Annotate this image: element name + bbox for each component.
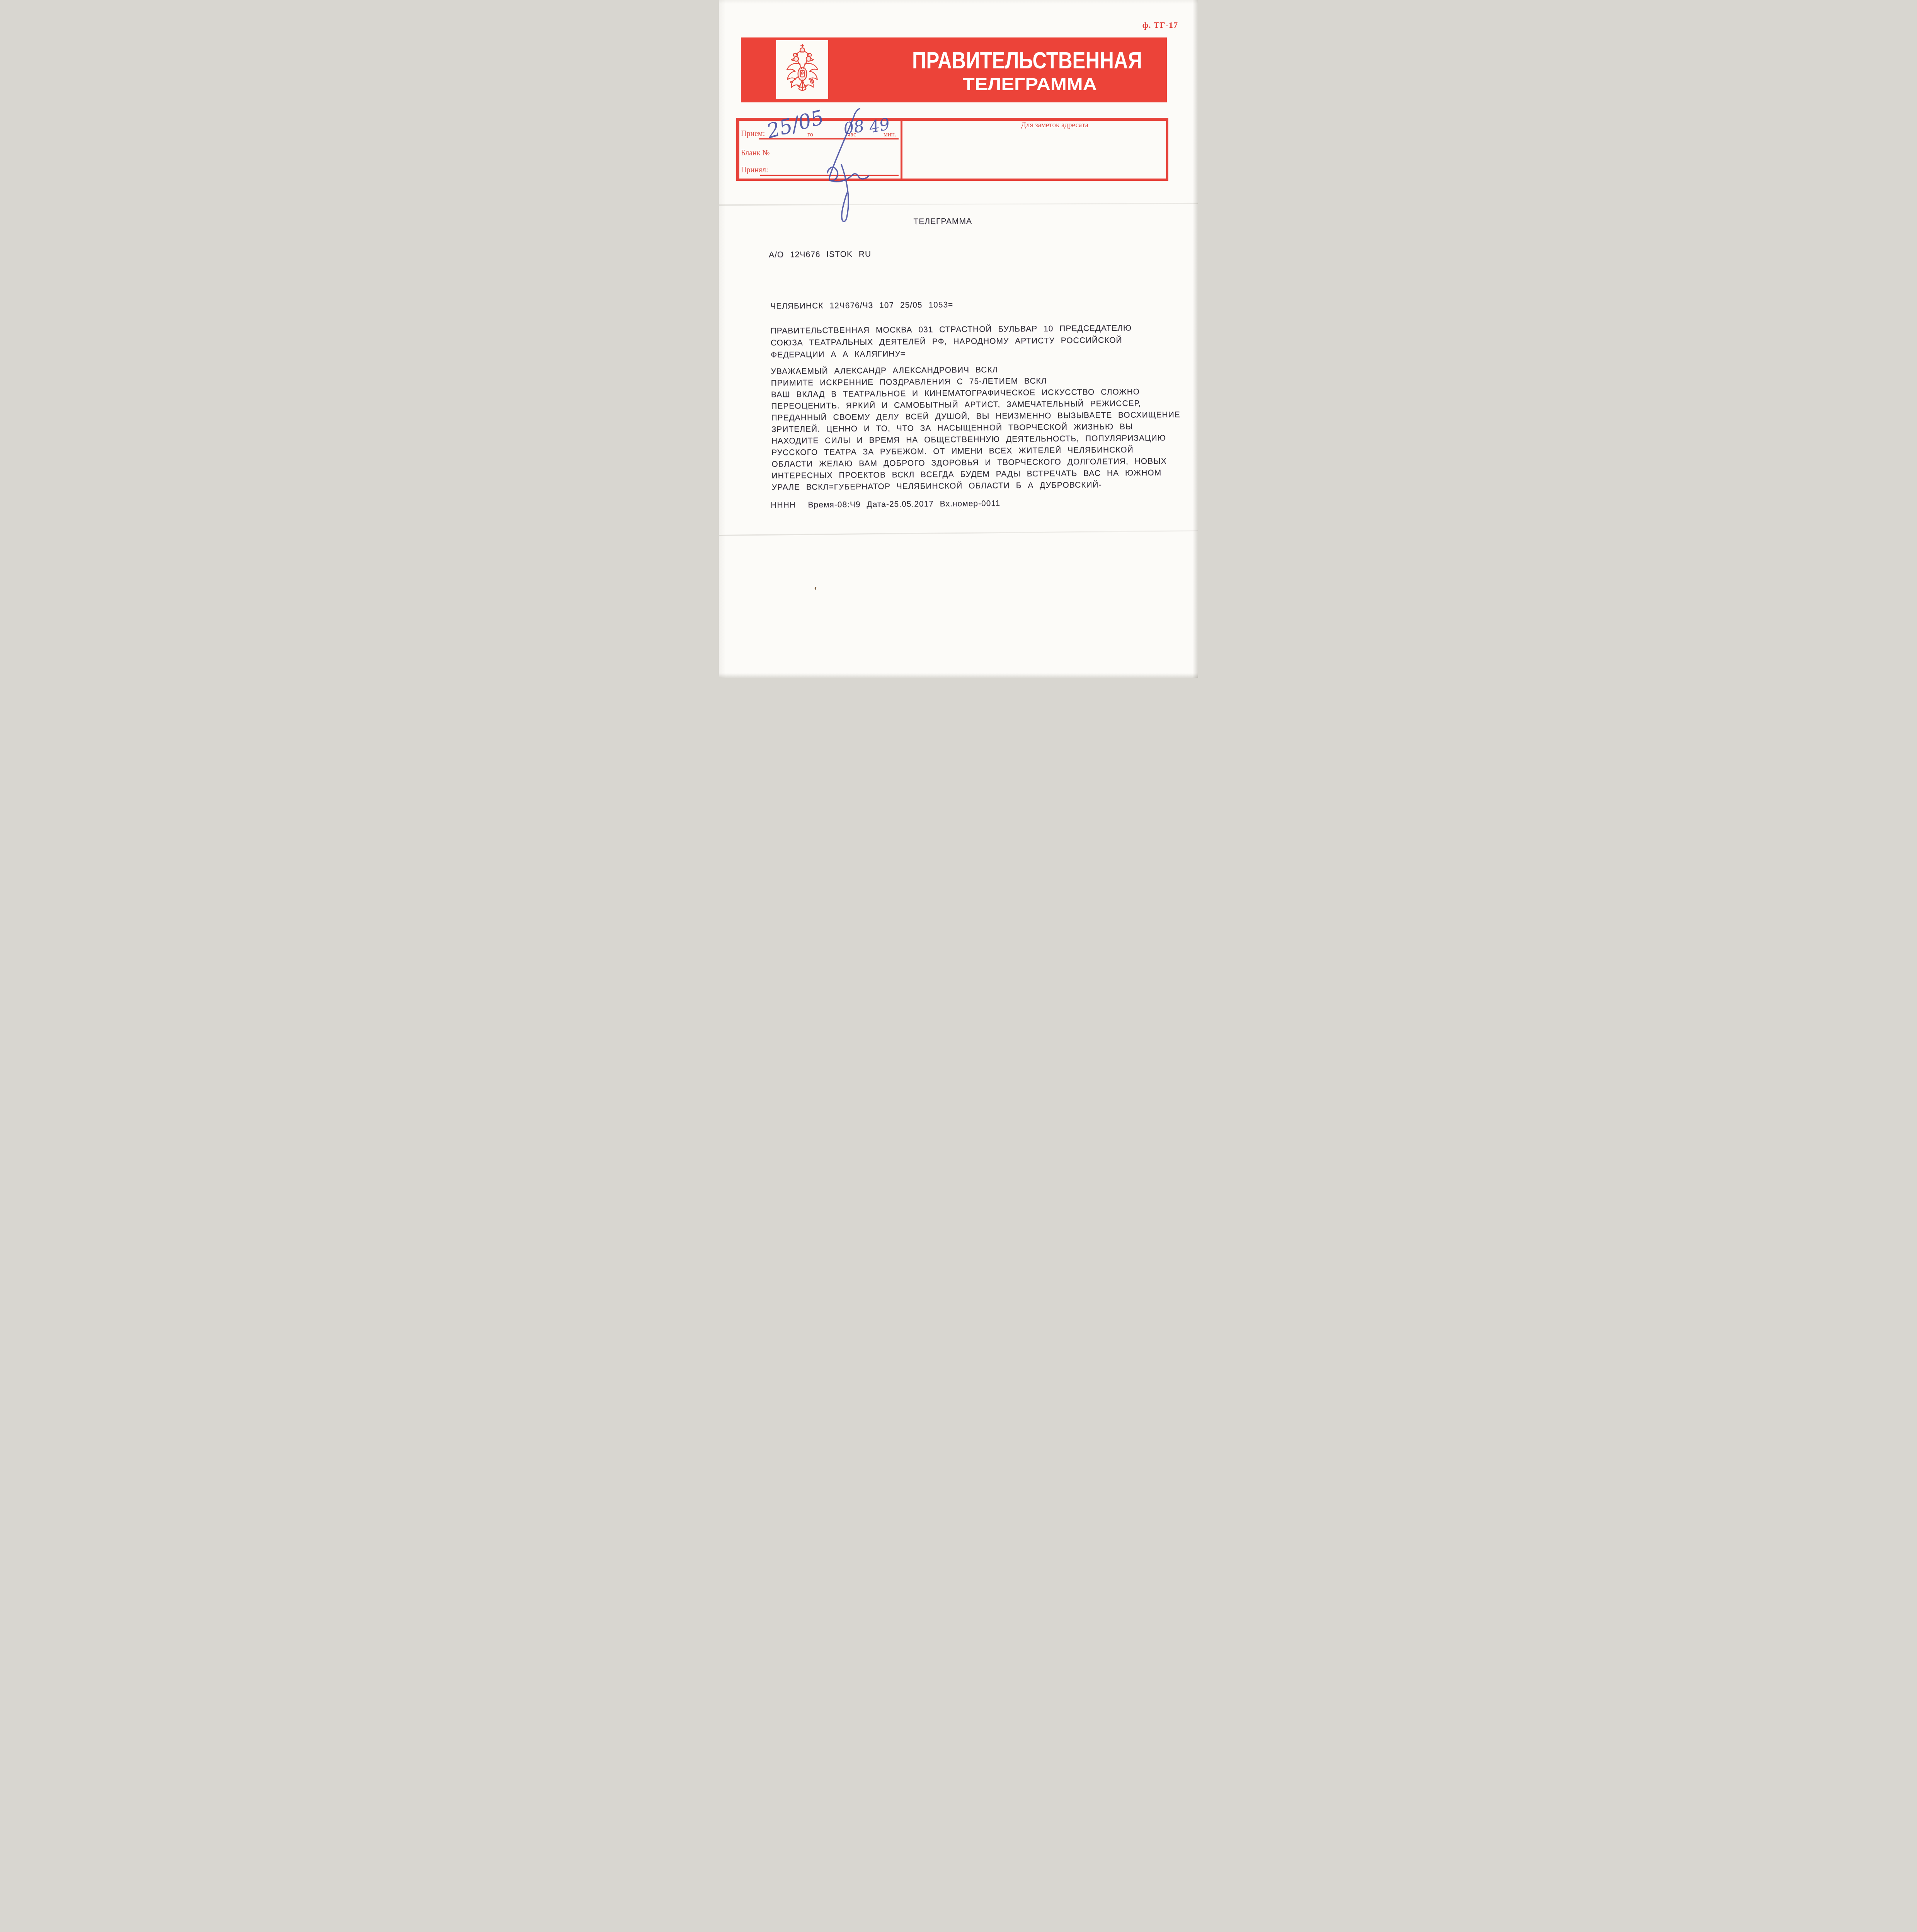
body-line: ИНТЕРЕСНЫХ ПРОЕКТОВ ВСКЛ ВСЕГДА БУДЕМ РА… (771, 468, 1161, 481)
telegram-scan-page: ф. ТГ-17 (719, 0, 1198, 678)
recipient-line: ФЕДЕРАЦИИ А А КАЛЯГИНУ= (771, 349, 906, 360)
telegram-heading: ТЕЛЕГРАММА (913, 217, 972, 226)
telegram-service-line: НННН Время-08:Ч9 Дата-25.05.2017 Вх.номе… (771, 499, 1000, 510)
body-line: УРАЛЕ ВСКЛ=ГУБЕРНАТОР ЧЕЛЯБИНСКОЙ ОБЛАСТ… (772, 480, 1102, 492)
body-line: ПЕРЕОЦЕНИТЬ. ЯРКИЙ И САМОБЫТНЫЙ АРТИСТ, … (771, 399, 1141, 411)
body-line: ОБЛАСТИ ЖЕЛАЮ ВАМ ДОБРОГО ЗДОРОВЬЯ И ТВО… (771, 457, 1167, 469)
body-line: УВАЖАЕМЫЙ АЛЕКСАНДР АЛЕКСАНДРОВИЧ ВСКЛ (771, 365, 998, 376)
typed-telegram-text: ТЕЛЕГРАММА А/О 12Ч676 ISTOK RU ЧЕЛЯБИНСК… (719, 0, 1198, 678)
body-line: ПРИМИТЕ ИСКРЕННИЕ ПОЗДРАВЛЕНИЯ С 75-ЛЕТИ… (771, 376, 1047, 388)
body-line: НАХОДИТЕ СИЛЫ И ВРЕМЯ НА ОБЩЕСТВЕННУЮ ДЕ… (771, 434, 1166, 446)
body-line: ПРЕДАННЫЙ СВОЕМУ ДЕЛУ ВСЕЙ ДУШОЙ, ВЫ НЕИ… (771, 410, 1180, 423)
body-line: ВАШ ВКЛАД В ТЕАТРАЛЬНОЕ И КИНЕМАТОГРАФИЧ… (771, 387, 1140, 399)
body-line: РУССКОГО ТЕАТРА ЗА РУБЕЖОМ. ОТ ИМЕНИ ВСЕ… (771, 446, 1134, 457)
telegram-station-line: ЧЕЛЯБИНСК 12Ч676/Ч3 107 25/05 1053= (770, 300, 953, 311)
recipient-line: ПРАВИТЕЛЬСТВЕННАЯ МОСКВА 031 СТРАСТНОЙ Б… (771, 324, 1132, 336)
body-line: ЗРИТЕЛЕЙ. ЦЕННО И ТО, ЧТО ЗА НАСЫЩЕННОЙ … (771, 422, 1133, 434)
telegram-address-line: А/О 12Ч676 ISTOK RU (769, 250, 871, 260)
recipient-line: СОЮЗА ТЕАТРАЛЬНЫХ ДЕЯТЕЛЕЙ РФ, НАРОДНОМУ… (771, 336, 1122, 348)
